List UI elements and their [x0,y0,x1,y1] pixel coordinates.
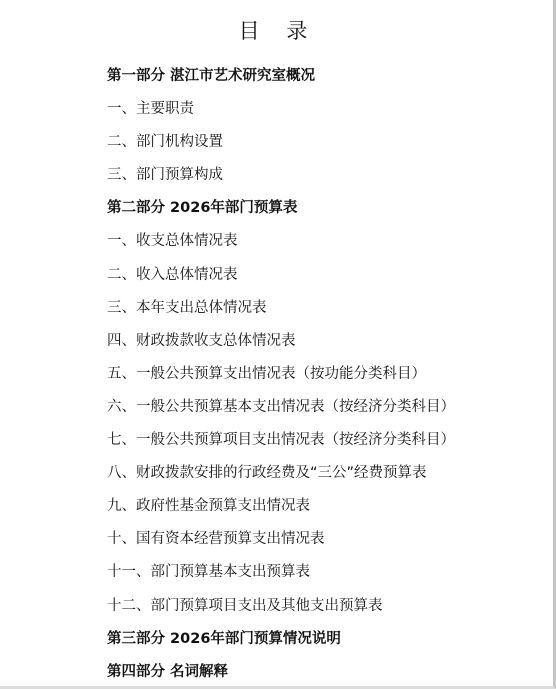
toc-item: 十二、部门预算项目支出及其他支出预算表 [107,592,455,625]
toc-part-4: 第四部分 名词解释 [107,658,455,689]
toc-item: 十、国有资本经营预算支出情况表 [107,525,455,558]
toc-item: 一、主要职责 [107,95,455,128]
page-title: 目 录 [0,16,556,46]
toc-item: 七、一般公共预算项目支出情况表（按经济分类科目） [107,426,455,459]
toc-part-1: 第一部分 湛江市艺术研究室概况 [107,62,455,95]
toc-part-2: 第二部分 2026年部门预算表 [107,194,455,227]
toc-item: 四、财政拨款收支总体情况表 [107,327,455,360]
document-page: 目 录 第一部分 湛江市艺术研究室概况 一、主要职责 二、部门机构设置 三、部门… [0,0,556,689]
toc-item: 六、一般公共预算基本支出情况表（按经济分类科目） [107,393,455,426]
toc-item: 五、一般公共预算支出情况表（按功能分类科目） [107,360,455,393]
toc-item: 二、收入总体情况表 [107,261,455,294]
toc-item: 九、政府性基金预算支出情况表 [107,492,455,525]
toc-item: 三、部门预算构成 [107,161,455,194]
toc-item: 八、财政拨款安排的行政经费及“三公”经费预算表 [107,459,455,492]
toc-item: 一、收支总体情况表 [107,227,455,260]
toc-item: 三、本年支出总体情况表 [107,294,455,327]
table-of-contents: 第一部分 湛江市艺术研究室概况 一、主要职责 二、部门机构设置 三、部门预算构成… [107,62,455,689]
toc-item: 十一、部门预算基本支出预算表 [107,558,455,591]
toc-item: 二、部门机构设置 [107,128,455,161]
toc-part-3: 第三部分 2026年部门预算情况说明 [107,625,455,658]
